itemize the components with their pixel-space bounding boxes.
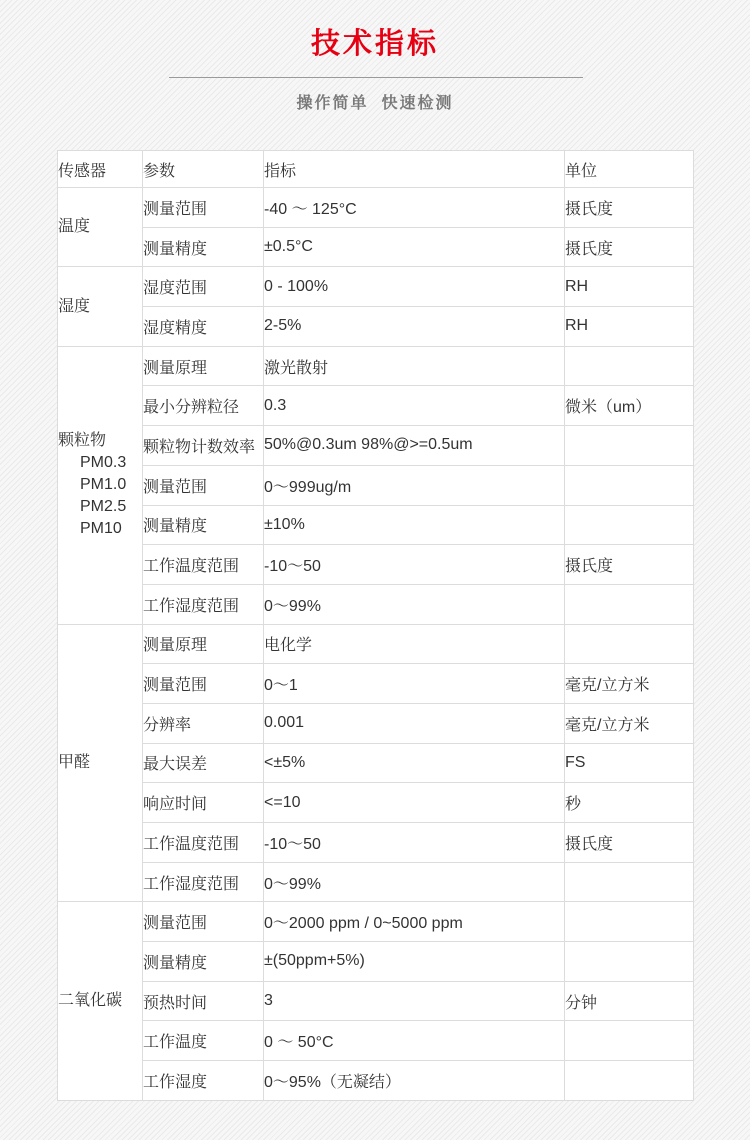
spec-cell: 0 ～ 50°C — [264, 1021, 565, 1061]
unit-cell: 摄氏度 — [565, 545, 694, 585]
spec-cell: 0～95%（无凝结） — [264, 1061, 565, 1101]
unit-cell: 微米（um） — [565, 386, 694, 426]
param-cell: 湿度精度 — [143, 307, 264, 347]
sensor-label: 温度 — [58, 216, 142, 238]
unit-cell — [565, 1061, 694, 1101]
table-row: 最大误差<±5%FS — [58, 743, 694, 783]
col-header-param: 参数 — [143, 151, 264, 188]
spec-cell: 0～99% — [264, 862, 565, 902]
table-row: 温度测量范围-40 ～ 125°C摄氏度 — [58, 188, 694, 228]
spec-cell: -10～50 — [264, 823, 565, 863]
table-row: 湿度湿度范围0 - 100%RH — [58, 267, 694, 307]
spec-cell: 0～1 — [264, 664, 565, 704]
sensor-label: PM1.0 — [58, 474, 142, 496]
table-row: 响应时间<=10秒 — [58, 783, 694, 823]
sensor-label: PM2.5 — [58, 496, 142, 518]
param-cell: 工作温度范围 — [143, 545, 264, 585]
unit-cell — [565, 465, 694, 505]
spec-cell: 0.3 — [264, 386, 565, 426]
sensor-cell: 二氧化碳 — [58, 902, 143, 1100]
table-row: 测量范围0～1毫克/立方米 — [58, 664, 694, 704]
title-divider — [169, 77, 583, 78]
param-cell: 工作温度范围 — [143, 823, 264, 863]
unit-cell: 分钟 — [565, 981, 694, 1021]
unit-cell — [565, 902, 694, 942]
table-row: 湿度精度2-5%RH — [58, 307, 694, 347]
unit-cell: 毫克/立方米 — [565, 664, 694, 704]
sensor-label: PM10 — [58, 518, 142, 540]
table-row: 工作湿度范围0～99% — [58, 862, 694, 902]
spec-cell: 0 - 100% — [264, 267, 565, 307]
sensor-cell: 颗粒物PM0.3PM1.0PM2.5PM10 — [58, 346, 143, 624]
table-row: 工作湿度范围0～99% — [58, 584, 694, 624]
spec-cell: 50%@0.3um 98%@>=0.5um — [264, 426, 565, 466]
unit-cell: RH — [565, 267, 694, 307]
spec-cell: -10～50 — [264, 545, 565, 585]
table-row: 颗粒物PM0.3PM1.0PM2.5PM10测量原理激光散射 — [58, 346, 694, 386]
unit-cell: RH — [565, 307, 694, 347]
sensor-label: PM0.3 — [58, 452, 142, 474]
spec-cell: 激光散射 — [264, 346, 565, 386]
spec-cell: <±5% — [264, 743, 565, 783]
spec-cell: 0.001 — [264, 703, 565, 743]
page-title: 技术指标 — [0, 21, 750, 62]
page: 技术指标 操作简单 快速检测 传感器 参数 指标 单位 温度测量范围-40 ～ … — [0, 0, 750, 1140]
unit-cell: 摄氏度 — [565, 823, 694, 863]
unit-cell: 摄氏度 — [565, 188, 694, 228]
param-cell: 工作湿度 — [143, 1061, 264, 1101]
param-cell: 测量原理 — [143, 346, 264, 386]
sensor-label: 颗粒物 — [58, 430, 142, 452]
table-row: 预热时间3分钟 — [58, 981, 694, 1021]
param-cell: 测量精度 — [143, 227, 264, 267]
unit-cell: 摄氏度 — [565, 227, 694, 267]
unit-cell — [565, 862, 694, 902]
table-row: 颗粒物计数效率50%@0.3um 98%@>=0.5um — [58, 426, 694, 466]
sensor-label: 二氧化碳 — [58, 990, 142, 1012]
unit-cell — [565, 426, 694, 466]
spec-cell: -40 ～ 125°C — [264, 188, 565, 228]
table-row: 工作湿度0～95%（无凝结） — [58, 1061, 694, 1101]
sensor-label: 甲醛 — [58, 752, 142, 774]
table-row: 最小分辨粒径0.3微米（um） — [58, 386, 694, 426]
page-subtitle: 操作简单 快速检测 — [0, 90, 750, 113]
table-row: 工作温度范围-10～50摄氏度 — [58, 823, 694, 863]
unit-cell — [565, 624, 694, 664]
spec-cell: 3 — [264, 981, 565, 1021]
sensor-cell: 甲醛 — [58, 624, 143, 902]
param-cell: 响应时间 — [143, 783, 264, 823]
spec-cell: 0～2000 ppm / 0~5000 ppm — [264, 902, 565, 942]
unit-cell — [565, 942, 694, 982]
unit-cell: FS — [565, 743, 694, 783]
param-cell: 工作湿度范围 — [143, 862, 264, 902]
unit-cell: 毫克/立方米 — [565, 703, 694, 743]
param-cell: 预热时间 — [143, 981, 264, 1021]
table-row: 工作温度范围-10～50摄氏度 — [58, 545, 694, 585]
table-row: 甲醛测量原理电化学 — [58, 624, 694, 664]
table-header-row: 传感器 参数 指标 单位 — [58, 151, 694, 188]
sensor-label: 湿度 — [58, 296, 142, 318]
sensor-cell: 温度 — [58, 188, 143, 267]
param-cell: 测量范围 — [143, 188, 264, 228]
table-row: 测量精度±0.5°C摄氏度 — [58, 227, 694, 267]
spec-cell: ±(50ppm+5%) — [264, 942, 565, 982]
param-cell: 工作温度 — [143, 1021, 264, 1061]
table-row: 测量精度±10% — [58, 505, 694, 545]
unit-cell — [565, 505, 694, 545]
table-row: 测量精度±(50ppm+5%) — [58, 942, 694, 982]
spec-cell: 电化学 — [264, 624, 565, 664]
spec-cell: 2-5% — [264, 307, 565, 347]
table-row: 二氧化碳测量范围0～2000 ppm / 0~5000 ppm — [58, 902, 694, 942]
spec-cell: <=10 — [264, 783, 565, 823]
unit-cell: 秒 — [565, 783, 694, 823]
param-cell: 湿度范围 — [143, 267, 264, 307]
unit-cell — [565, 346, 694, 386]
param-cell: 测量原理 — [143, 624, 264, 664]
col-header-unit: 单位 — [565, 151, 694, 188]
table-row: 测量范围0～999ug/m — [58, 465, 694, 505]
param-cell: 工作湿度范围 — [143, 584, 264, 624]
param-cell: 最小分辨粒径 — [143, 386, 264, 426]
spec-table: 传感器 参数 指标 单位 温度测量范围-40 ～ 125°C摄氏度测量精度±0.… — [57, 150, 694, 1101]
param-cell: 颗粒物计数效率 — [143, 426, 264, 466]
param-cell: 最大误差 — [143, 743, 264, 783]
spec-cell: 0～999ug/m — [264, 465, 565, 505]
spec-cell: ±10% — [264, 505, 565, 545]
param-cell: 分辨率 — [143, 703, 264, 743]
param-cell: 测量范围 — [143, 902, 264, 942]
param-cell: 测量范围 — [143, 664, 264, 704]
spec-cell: ±0.5°C — [264, 227, 565, 267]
col-header-spec: 指标 — [264, 151, 565, 188]
param-cell: 测量精度 — [143, 942, 264, 982]
param-cell: 测量范围 — [143, 465, 264, 505]
table-row: 工作温度0 ～ 50°C — [58, 1021, 694, 1061]
sensor-cell: 湿度 — [58, 267, 143, 346]
unit-cell — [565, 584, 694, 624]
param-cell: 测量精度 — [143, 505, 264, 545]
col-header-sensor: 传感器 — [58, 151, 143, 188]
table-row: 分辨率0.001毫克/立方米 — [58, 703, 694, 743]
spec-cell: 0～99% — [264, 584, 565, 624]
unit-cell — [565, 1021, 694, 1061]
